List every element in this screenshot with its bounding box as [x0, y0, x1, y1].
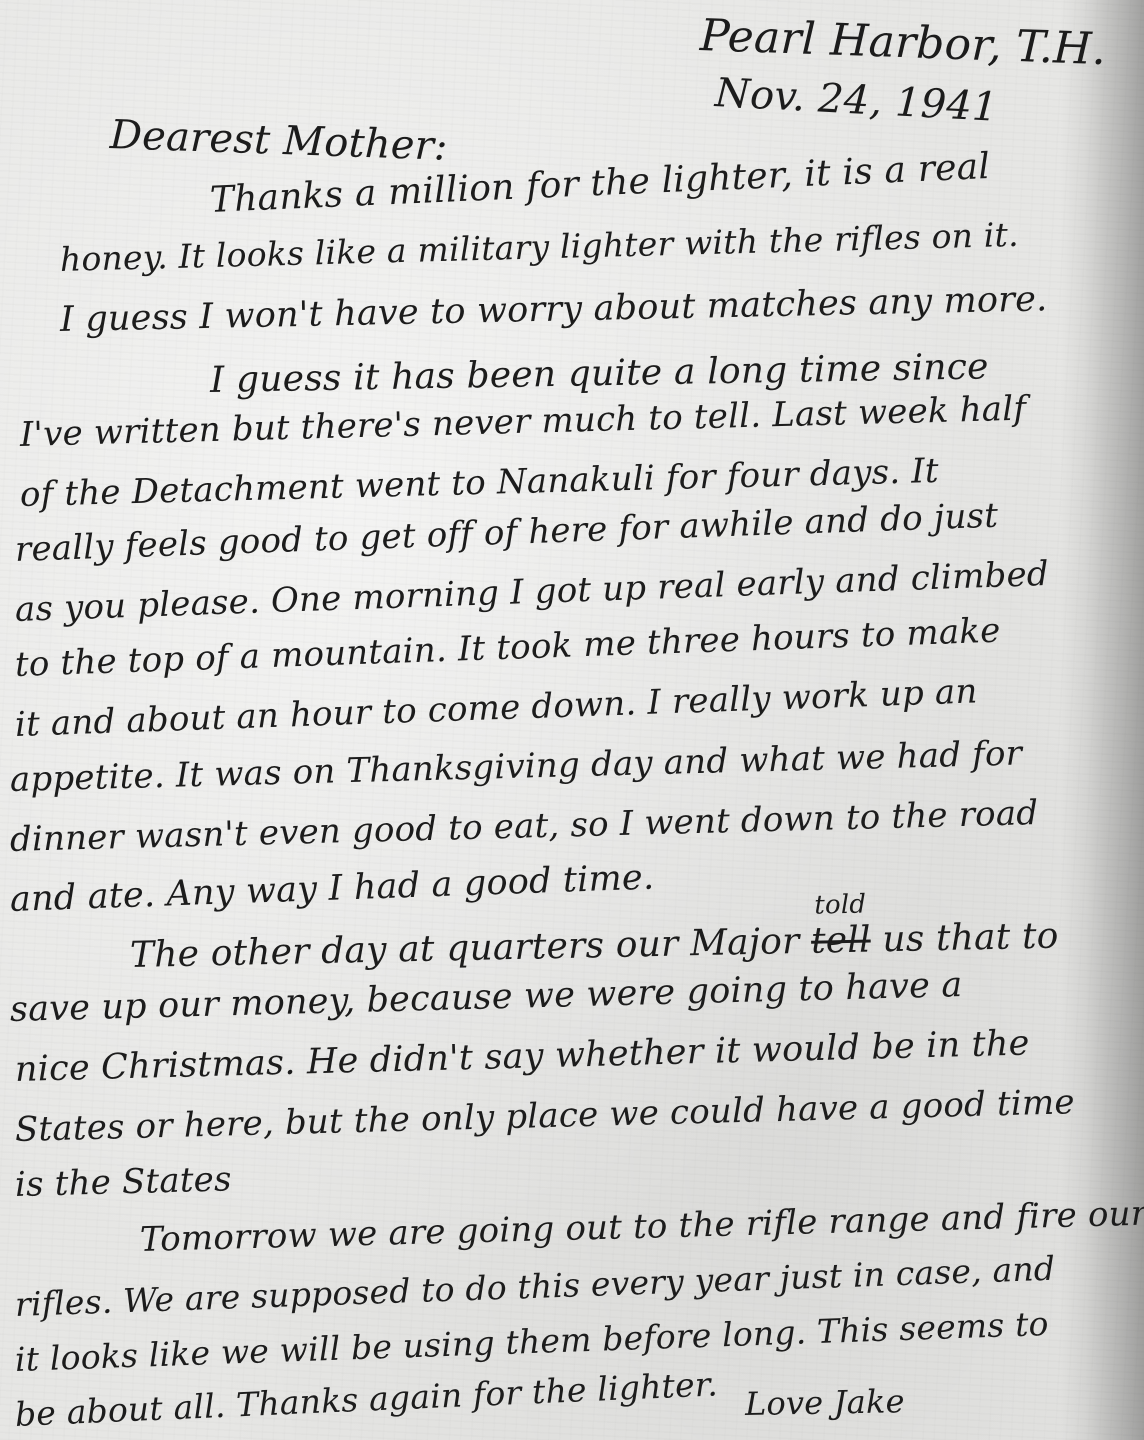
letter-page: Pearl Harbor, T.H. Nov. 24, 1941 Dearest… [0, 0, 1144, 1440]
letter-line: States or here, but the only place we co… [14, 1082, 1075, 1150]
line-text: is the States [14, 1159, 232, 1205]
letter-line: dinner wasn't even good to eat, so I wen… [9, 793, 1038, 860]
line-text: nice Christmas. He didn't say whether it… [14, 1023, 1030, 1090]
line-text: honey. It looks like a military lighter … [59, 215, 1019, 279]
line-text: it and about an hour to come down. I rea… [14, 671, 978, 745]
letter-line: and ate. Any way I had a good time. [9, 858, 655, 920]
line-text: dinner wasn't even good to eat, so I wen… [9, 793, 1038, 860]
line-text: appetite. It was on Thanksgiving day and… [9, 734, 1022, 800]
letter-place: Pearl Harbor, T.H. [699, 10, 1107, 75]
letter-date: Nov. 24, 1941 [714, 70, 999, 131]
line-text: States or here, but the only place we co… [14, 1082, 1075, 1150]
letter-line: I guess I won't have to worry about matc… [60, 279, 1048, 340]
letter-line: it and about an hour to come down. I rea… [14, 671, 978, 745]
letter-line: is the States [14, 1159, 232, 1205]
struck-word: tell [811, 919, 871, 961]
letter-line: nice Christmas. He didn't say whether it… [14, 1023, 1030, 1090]
letter-closing: Love Jake [745, 1382, 905, 1423]
line-text: and ate. Any way I had a good time. [9, 858, 655, 920]
letter-line: appetite. It was on Thanksgiving day and… [9, 734, 1022, 800]
line-text: I guess I won't have to worry about matc… [60, 279, 1048, 340]
letter-line: I've written but there's never much to t… [19, 389, 1026, 455]
interlinear-insert: told [814, 890, 866, 921]
letter-salutation: Dearest Mother: [109, 112, 448, 170]
line-text: The other day at quarters our Major [130, 921, 800, 976]
line-text-after: us that to [870, 916, 1059, 961]
line-text: I've written but there's never much to t… [19, 389, 1026, 455]
letter-line: honey. It looks like a military lighter … [59, 215, 1019, 279]
